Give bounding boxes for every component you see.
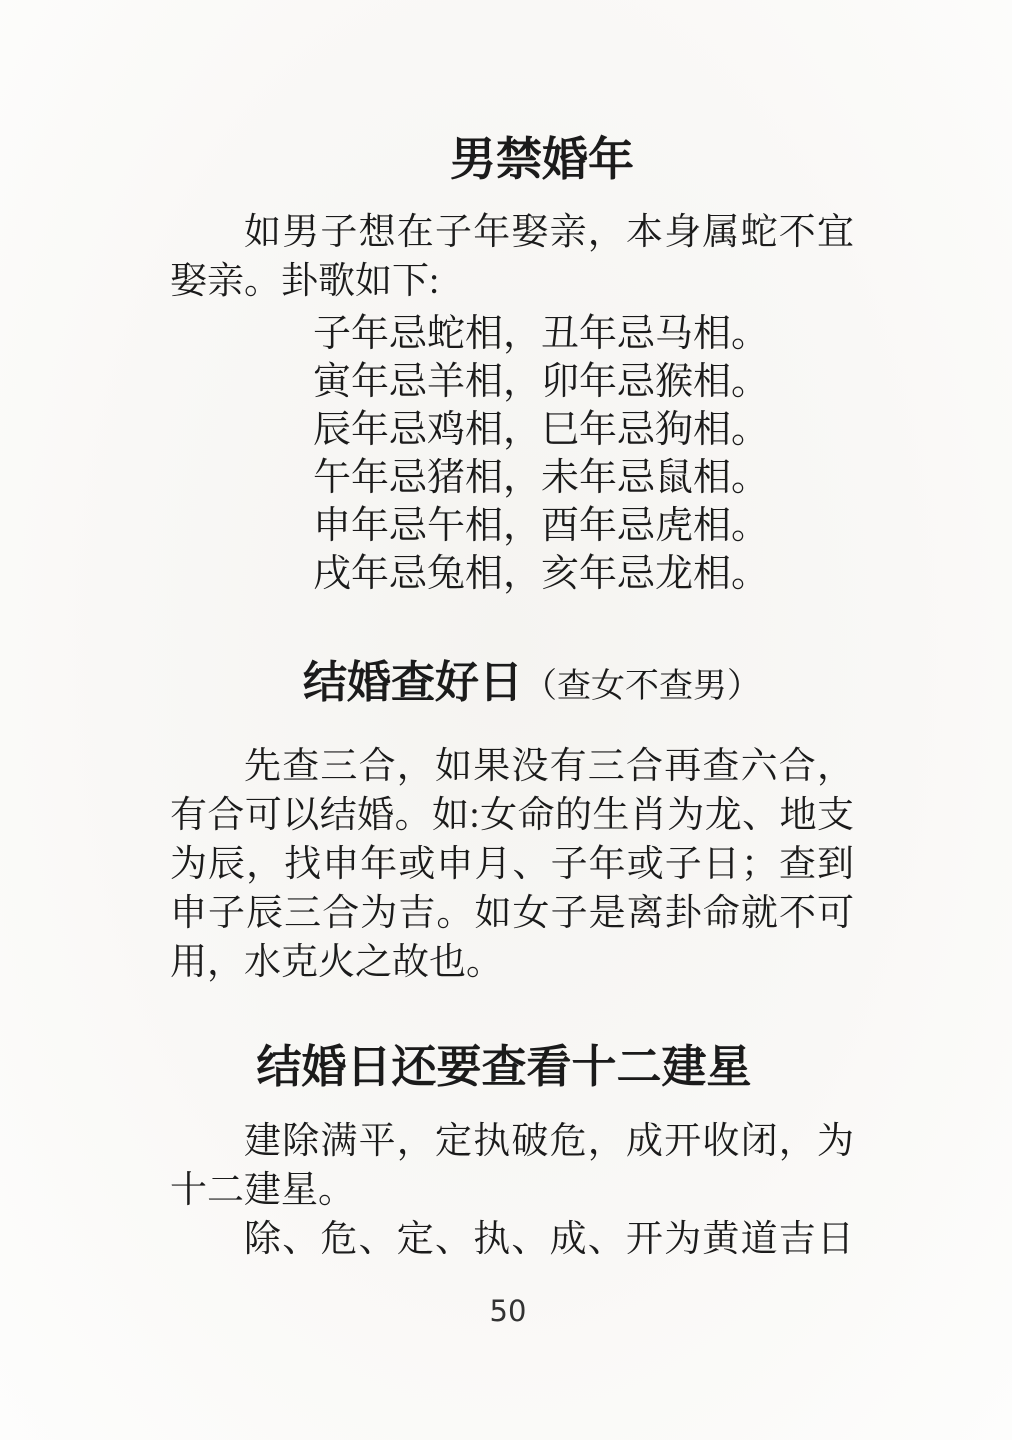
paragraph-intro: 如男子想在子年娶亲，本身属蛇不宜 娶亲。卦歌如下: — [170, 208, 854, 306]
text-line: 十二建星。 — [170, 1166, 854, 1215]
text-line: 为辰，找申年或申月、子年或子日；查到 — [170, 840, 854, 889]
page-number: 50 — [166, 1296, 850, 1326]
verse-line: 午年忌猪相，未年忌鼠相。 — [313, 454, 854, 502]
text-line: 用，水克火之故也。 — [170, 938, 854, 987]
verse-line: 戌年忌兔相，亥年忌龙相。 — [313, 550, 854, 598]
section-title-choose-wedding-day: 结婚查好日（查女不查男） — [190, 656, 874, 714]
paragraph-auspicious-days: 除、危、定、执、成、开为黄道吉日 — [170, 1215, 854, 1264]
verse-line: 辰年忌鸡相，巳年忌狗相。 — [313, 406, 854, 454]
text-line: 娶亲。卦歌如下: — [170, 257, 854, 306]
section-title-note: （查女不查男） — [523, 668, 761, 705]
paragraph-twelve-stars: 建除满平，定执破危，成开收闭，为 十二建星。 — [170, 1117, 854, 1215]
document-page: 男禁婚年 如男子想在子年娶亲，本身属蛇不宜 娶亲。卦歌如下: 子年忌蛇相，丑年忌… — [0, 0, 1012, 1440]
text-line: 如男子想在子年娶亲，本身属蛇不宜 — [170, 208, 854, 257]
text-line: 先查三合，如果没有三合再查六合， — [170, 742, 854, 791]
verse-line: 子年忌蛇相，丑年忌马相。 — [313, 310, 854, 358]
section-title-twelve-jianxing: 结婚日还要查看十二建星 — [162, 1040, 846, 1094]
section-title-male-forbidden-marriage-years: 男禁婚年 — [200, 0, 884, 186]
section-title-main: 结婚查好日 — [303, 658, 523, 707]
verse-line: 申年忌午相，酉年忌虎相。 — [313, 502, 854, 550]
text-line: 申子辰三合为吉。如女子是离卦命就不可 — [170, 889, 854, 938]
verse-line: 寅年忌羊相，卯年忌猴相。 — [313, 358, 854, 406]
verse-block-zodiac-taboos: 子年忌蛇相，丑年忌马相。 寅年忌羊相，卯年忌猴相。 辰年忌鸡相，巳年忌狗相。 午… — [170, 310, 854, 598]
text-line: 有合可以结婚。如:女命的生肖为龙、地支 — [170, 791, 854, 840]
text-line: 建除满平，定执破危，成开收闭，为 — [170, 1117, 854, 1166]
text-line: 除、危、定、执、成、开为黄道吉日 — [170, 1215, 854, 1264]
paragraph-sanhe-liuhe: 先查三合，如果没有三合再查六合， 有合可以结婚。如:女命的生肖为龙、地支 为辰，… — [170, 742, 854, 987]
